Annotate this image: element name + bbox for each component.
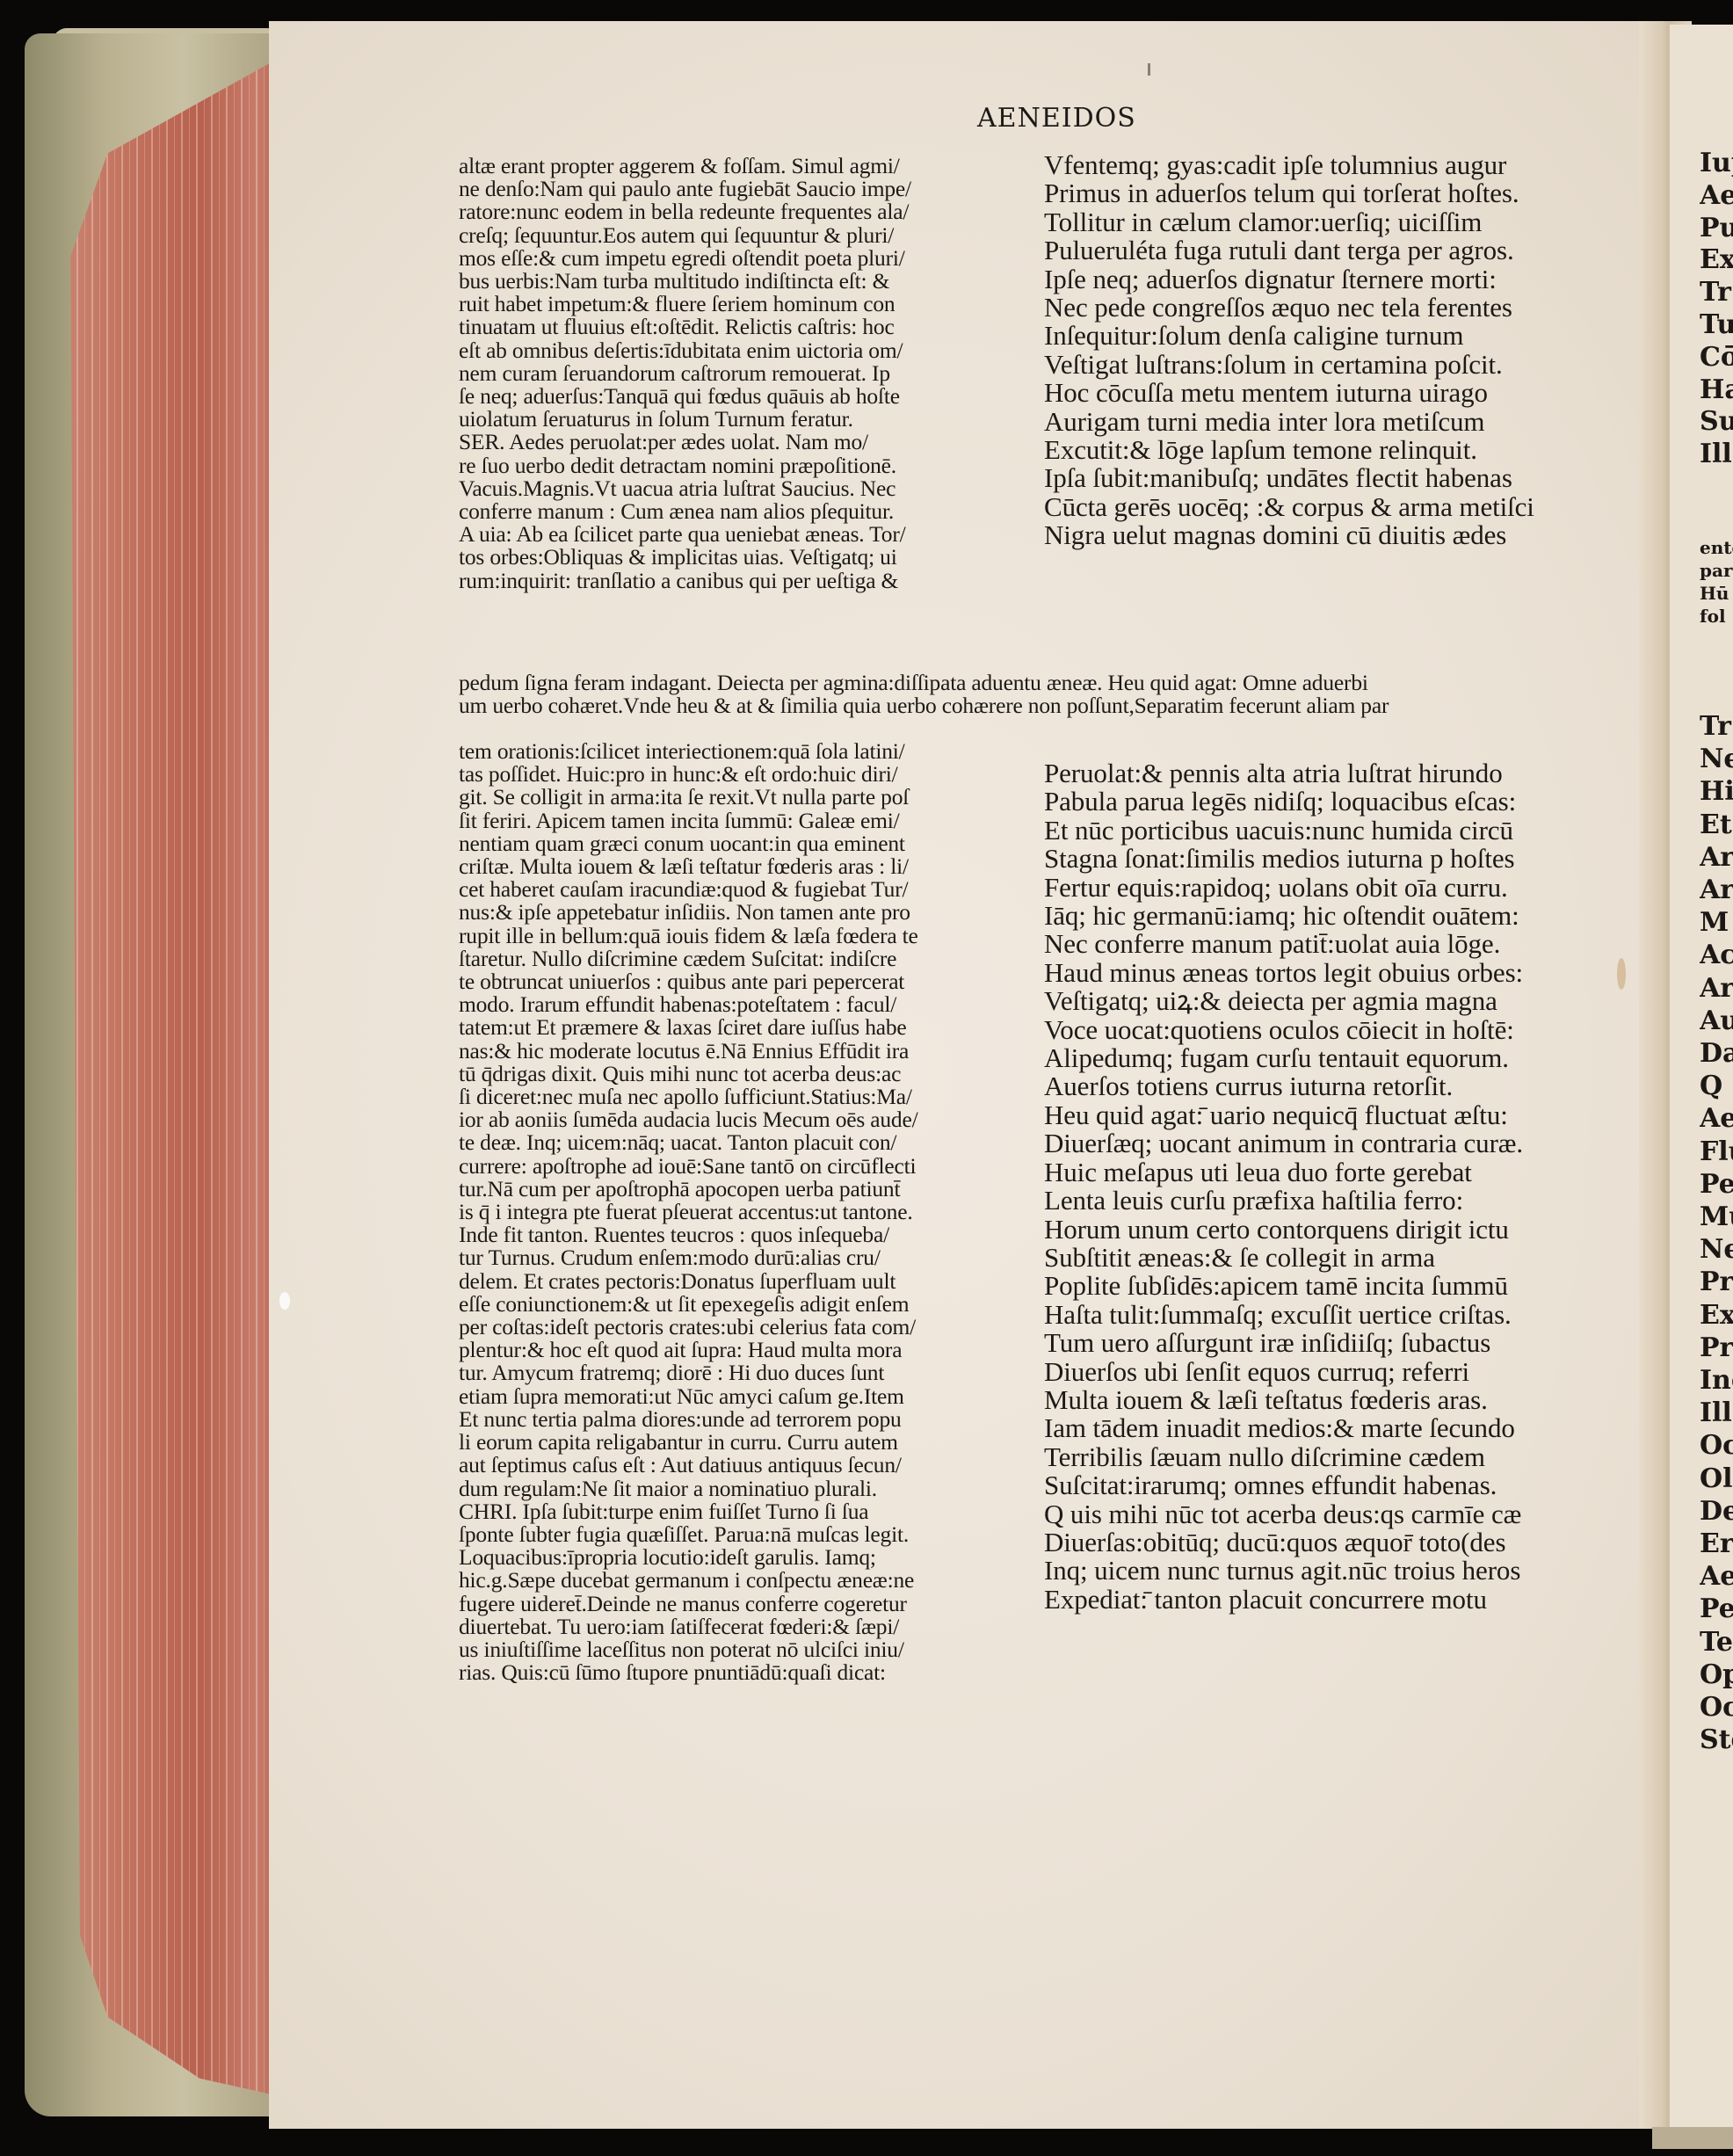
commentary-line: nentiam quam græci conum uocant:in qua e… bbox=[459, 832, 918, 855]
facing-line: Tr bbox=[1700, 277, 1733, 309]
commentary-line: tū q̄drigas dixit. Quis mihi nunc tot ac… bbox=[459, 1063, 918, 1085]
verse-line: Poplite ſubſidēs:apicem tamē incita ſumm… bbox=[1044, 1272, 1523, 1300]
commentary-line: altæ erant propter aggerem & foſſam. Sim… bbox=[459, 155, 911, 178]
verse-line: Inſequitur:ſolum denſa caligine turnum bbox=[1044, 322, 1534, 350]
commentary-line: cet haberet cauſam iracundiæ:quod & fugi… bbox=[459, 878, 918, 901]
verse-line: Primus in aduerſos telum qui torſerat ho… bbox=[1044, 179, 1534, 207]
signature-mark bbox=[1148, 63, 1150, 76]
commentary-line: tos orbes:Obliquas & implicitas uias. Ve… bbox=[459, 546, 911, 569]
commentary-line: ſe neq; aduerſus:Tanquā qui fœdus quāuis… bbox=[459, 385, 911, 408]
commentary-line: currere: apoſtrophe ad iouē:Sane tantō o… bbox=[459, 1155, 918, 1178]
facing-line: Hū bbox=[1700, 582, 1733, 605]
commentary-line: ſi diceret:nec muſa nec apollo ſufficiun… bbox=[459, 1085, 918, 1108]
facing-line: Ne bbox=[1700, 1233, 1733, 1266]
facing-line: Oc bbox=[1700, 1691, 1733, 1724]
commentary-line: git. Se colligit in arma:ita ſe rexit.Vt… bbox=[459, 786, 918, 809]
commentary-line: tur Turnus. Crudum enſem:modo durū:alias… bbox=[459, 1246, 918, 1269]
verse-line: Hoc cōcuſſa metu mentem iuturna uirago bbox=[1044, 379, 1534, 407]
commentary-line: Et nunc tertia palma diores:unde ad terr… bbox=[459, 1408, 918, 1431]
verse-line: Ipſa ſubit:manibuſq; undātes flectit hab… bbox=[1044, 464, 1534, 492]
verse-line: Alipedumq; fugam curſu tentauit equorum. bbox=[1044, 1044, 1523, 1072]
commentary-line: hic.g.Sæpe ducebat germanum i conſpectu … bbox=[459, 1569, 918, 1592]
verse-line: Auerſos totiens currus iuturna retorſit. bbox=[1044, 1072, 1523, 1100]
verse-line: Subſtitit æneas:& ſe collegit in arma bbox=[1044, 1244, 1523, 1272]
facing-line: Te bbox=[1700, 1626, 1733, 1659]
commentary-line: nas:& hic moderate locutus ē.Nā Ennius E… bbox=[459, 1040, 918, 1063]
commentary-line: ſtaretur. Nullo diſcrimine cædem Suſcita… bbox=[459, 947, 918, 970]
commentary-line: modo. Irarum effundit habenas:poteſtatem… bbox=[459, 993, 918, 1016]
facing-line: Ae bbox=[1700, 180, 1733, 213]
foxing-spot bbox=[279, 1292, 290, 1310]
facing-page-commentary-fragment: enteparHūfol bbox=[1700, 536, 1733, 628]
commentary-line: rias. Quis:cū ſūmo ſtupore pnuntiādū:qua… bbox=[459, 1661, 918, 1684]
verse-line: Peruolat:& pennis alta atria luſtrat hir… bbox=[1044, 759, 1523, 788]
commentary-line: eſt ab omnibus deſertis:īdubitata enim u… bbox=[459, 339, 911, 362]
facing-line: Tu bbox=[1700, 309, 1733, 342]
commentary-line: li eorum capita religabantur in curru. C… bbox=[459, 1431, 918, 1454]
commentary-line: ſponte ſubter fugia quæſiſſet. Parua:nā … bbox=[459, 1523, 918, 1546]
facing-line: Su bbox=[1700, 406, 1733, 439]
facing-line: Pu bbox=[1700, 213, 1733, 245]
commentary-line: tinuatam ut fluuius eſt:oſtēdit. Relicti… bbox=[459, 316, 911, 338]
commentary-line: nus:& ipſe appetebatur inſidiis. Non tam… bbox=[459, 901, 918, 924]
verse-line: Vfentemq; gyas:cadit ipſe tolumnius augu… bbox=[1044, 151, 1534, 179]
book-edge-bottom bbox=[1652, 2127, 1733, 2149]
facing-line: Ar bbox=[1700, 841, 1733, 874]
verse-line: Haud minus æneas tortos legit obuius orb… bbox=[1044, 959, 1523, 987]
facing-line: De bbox=[1700, 1495, 1733, 1528]
commentary-line: ior ab aoniis ſumēda audacia lucis Mecum… bbox=[459, 1108, 918, 1131]
verse-line: Tum uero aſſurgunt iræ inſidiiſq; ſubact… bbox=[1044, 1329, 1523, 1357]
facing-line: Ac bbox=[1700, 939, 1733, 971]
commentary-line: bus uerbis:Nam turba multitudo indiſtinc… bbox=[459, 270, 911, 293]
facing-line: Hi bbox=[1700, 775, 1733, 808]
facing-line: Ste bbox=[1700, 1724, 1733, 1756]
facing-line: ente bbox=[1700, 536, 1733, 559]
commentary-line: is q̄ i integra pte fuerat pſeuerat acce… bbox=[459, 1201, 918, 1223]
verse-line: Veſtigatq; uiꝝ:& deiecta per agmia magna bbox=[1044, 987, 1523, 1015]
facing-line: Au bbox=[1700, 1005, 1733, 1037]
commentary-line: fugere uideret̄.Deinde ne manus conferre… bbox=[459, 1593, 918, 1615]
verse-line: Nec pede congreſſos æquo nec tela ferent… bbox=[1044, 294, 1534, 322]
verse-line: Nigra uelut magnas domini cū diuitis æde… bbox=[1044, 521, 1534, 549]
commentary-line: ſit feriri. Apicem tamen incita ſummū: G… bbox=[459, 809, 918, 832]
running-head: AENEIDOS bbox=[977, 103, 1136, 134]
facing-line: Flu bbox=[1700, 1136, 1733, 1168]
facing-line: Ex bbox=[1700, 244, 1733, 277]
facing-line: fol bbox=[1700, 605, 1733, 628]
commentary-line: nem curam ſeruandorum caſtrorum remouera… bbox=[459, 362, 911, 385]
verse-line: Stagna ſonat:ſimilis medios iuturna p ho… bbox=[1044, 845, 1523, 873]
commentary-line: delem. Et crates pectoris:Donatus ſuperf… bbox=[459, 1270, 918, 1293]
verse-line: Fertur equis:rapidoq; uolans obit oīa cu… bbox=[1044, 874, 1523, 902]
commentary-line: te obtruncat uniuerſos : quibus ante par… bbox=[459, 970, 918, 993]
commentary-line: rum:inquirit: tranſlatio a canibus qui p… bbox=[459, 570, 911, 592]
verse-line: Huic meſapus uti leua duo forte gerebat bbox=[1044, 1158, 1523, 1187]
commentary-line: ruit habet impetum:& fluere ſeriem homin… bbox=[459, 293, 911, 316]
commentary-line: creſq; ſequuntur.Eos autem qui ſequuntur… bbox=[459, 224, 911, 247]
verse-line: Lenta leuis curſu præfixa haſtilia ferro… bbox=[1044, 1187, 1523, 1215]
verse-line: Suſcitat:irarumq; omnes effundit habenas… bbox=[1044, 1471, 1523, 1499]
foxing-spot bbox=[1617, 958, 1626, 990]
verse-line: Cūcta gerēs uocēq; :& corpus & arma meti… bbox=[1044, 493, 1534, 521]
facing-line: Ar bbox=[1700, 874, 1733, 906]
commentary-line: tur.Nā cum per apoſtrophā apocopen uerba… bbox=[459, 1178, 918, 1201]
facing-line: Pra bbox=[1700, 1266, 1733, 1298]
facing-line: Pr bbox=[1700, 1332, 1733, 1364]
verse-column-bottom: Peruolat:& pennis alta atria luſtrat hir… bbox=[1044, 759, 1523, 1614]
commentary-line: uiolatum ſeruaturus in ſolum Turnum fera… bbox=[459, 408, 911, 431]
verse-line: Et nūc porticibus uacuis:nunc humida cir… bbox=[1044, 817, 1523, 845]
commentary-line: rupit ille in bellum:quā iouis fidem & l… bbox=[459, 925, 918, 947]
commentary-line: diuertebat. Tu uero:iam ſatiſfecerat fœd… bbox=[459, 1615, 918, 1638]
facing-line: Ol bbox=[1700, 1463, 1733, 1495]
facing-line: Mu bbox=[1700, 1201, 1733, 1233]
verse-line: Diuerſos ubi ſenſit equos curruq; referr… bbox=[1044, 1358, 1523, 1386]
commentary-line: conferre manum : Cum ænea nam alios pſeq… bbox=[459, 500, 911, 523]
facing-line: M bbox=[1700, 906, 1733, 939]
commentary-line: Inde fit tanton. Ruentes teucros : quos … bbox=[459, 1223, 918, 1246]
commentary-line: A uia: Ab ea ſcilicet parte qua ueniebat… bbox=[459, 523, 911, 546]
verse-column-top: Vfentemq; gyas:cadit ipſe tolumnius augu… bbox=[1044, 151, 1534, 550]
verse-line: Expediat:̄ tanton placuit concurrere mot… bbox=[1044, 1586, 1523, 1614]
facing-line: Ille bbox=[1700, 1397, 1733, 1429]
verse-line: Horum unum certo contorquens dirigit ict… bbox=[1044, 1216, 1523, 1244]
commentary-line: eſſe coniunctionem:& ut ſit epexegeſis a… bbox=[459, 1293, 918, 1316]
facing-line: Ne bbox=[1700, 743, 1733, 775]
verse-line: Voce uocat:quotiens oculos cōiecit in ho… bbox=[1044, 1016, 1523, 1044]
facing-page-verse-initials-bottom: TrNeHiEtArArMAcArAuDaQAeFluPeMuNePraExPr… bbox=[1700, 710, 1733, 1757]
commentary-line: Loquacibus:īpropria locutio:ideſt garuli… bbox=[459, 1546, 918, 1569]
verse-line: Nec conferre manum patit̄:uolat auia lōg… bbox=[1044, 930, 1523, 958]
facing-line: Pe bbox=[1700, 1168, 1733, 1201]
commentary-full-width: pedum ſigna feram indagant. Deiecta per … bbox=[459, 671, 1389, 717]
verse-line: Multa iouem & læſi teſtatus fœderis aras… bbox=[1044, 1386, 1523, 1414]
verse-line: Ipſe neq; aduerſos dignatur ſternere mor… bbox=[1044, 265, 1534, 294]
facing-line: Er bbox=[1700, 1528, 1733, 1560]
commentary-line: etiam ſupra memorati:ut Nūc amyci caſum … bbox=[459, 1385, 918, 1408]
commentary-line: ne denſo:Nam qui paulo ante fugiebāt Sau… bbox=[459, 178, 911, 200]
commentary-line: um uerbo cohæret.Vnde heu & at & ſimilia… bbox=[459, 694, 1389, 717]
verse-line: Terribilis ſæuam nullo diſcrimine cædem bbox=[1044, 1443, 1523, 1471]
commentary-line: plentur:& hoc eſt quod ait ſupra: Haud m… bbox=[459, 1339, 918, 1361]
commentary-line: CHRI. Ipſa ſubit:turpe enim fuiſſet Turn… bbox=[459, 1500, 918, 1523]
commentary-line: tatem:ut Et præmere & laxas ſciret dare … bbox=[459, 1016, 918, 1039]
facing-page-verse-initials-top: IupAePuExTrTuCōHaSuIlle bbox=[1700, 148, 1733, 471]
verse-line: Pulueruléta fuga rutuli dant terga per a… bbox=[1044, 236, 1534, 265]
facing-line: Ae bbox=[1700, 1102, 1733, 1135]
facing-line: Ex bbox=[1700, 1299, 1733, 1332]
commentary-line: tem orationis:ſcilicet interiectionem:qu… bbox=[459, 740, 918, 763]
facing-line: Ille bbox=[1700, 439, 1733, 471]
facing-line: par bbox=[1700, 559, 1733, 582]
commentary-column-bottom: tem orationis:ſcilicet interiectionem:qu… bbox=[459, 740, 918, 1684]
verse-line: Iāq; hic germanū:iamq; hic oſtendit ouāt… bbox=[1044, 902, 1523, 930]
commentary-line: tur. Amycum fratremq; diorē : Hi duo duc… bbox=[459, 1361, 918, 1384]
verse-line: Haſta tulit:ſummaſq; excuſſit uertice cr… bbox=[1044, 1301, 1523, 1329]
facing-line: Inc bbox=[1700, 1364, 1733, 1397]
facing-line: Op bbox=[1700, 1659, 1733, 1691]
facing-line: Pe bbox=[1700, 1593, 1733, 1625]
facing-line: Da bbox=[1700, 1037, 1733, 1070]
commentary-line: te deæ. Inq; uicem:nāq; uacat. Tanton pl… bbox=[459, 1131, 918, 1154]
commentary-line: dum regulam:Ne ſit maior a nominatiuo pl… bbox=[459, 1477, 918, 1500]
facing-line: Tr bbox=[1700, 710, 1733, 743]
facing-line: Oc bbox=[1700, 1429, 1733, 1462]
facing-line: Iup bbox=[1700, 148, 1733, 180]
verse-line: Diuerſas:obitūq; ducū:quos æquor̄ toto(d… bbox=[1044, 1528, 1523, 1557]
commentary-line: SER. Aedes peruolat:per ædes uolat. Nam … bbox=[459, 431, 911, 454]
commentary-line: tas poſſidet. Huic:pro in hunc:& eſt ord… bbox=[459, 763, 918, 786]
verse-line: Excutit:& lōge lapſum temone relinquit. bbox=[1044, 436, 1534, 464]
verse-line: Iam tādem inuadit medios:& marte ſecundo bbox=[1044, 1414, 1523, 1442]
commentary-column-top: altæ erant propter aggerem & foſſam. Sim… bbox=[459, 155, 911, 592]
verse-line: Aurigam turni media inter lora metiſcum bbox=[1044, 408, 1534, 436]
commentary-line: re ſuo uerbo dedit detractam nomini præp… bbox=[459, 454, 911, 477]
verse-line: Q uis mihi nūc tot acerba deus:qs carmīe… bbox=[1044, 1500, 1523, 1528]
commentary-line: criſtæ. Multa iouem & læſi teſtatur fœde… bbox=[459, 855, 918, 878]
facing-line: Ae bbox=[1700, 1560, 1733, 1593]
verse-line: Pabula parua legēs nidiſq; loquacibus eſ… bbox=[1044, 788, 1523, 816]
facing-line: Et bbox=[1700, 809, 1733, 841]
commentary-line: per coſtas:ideſt pectoris crates:ubi cel… bbox=[459, 1316, 918, 1339]
verse-line: Tollitur in cælum clamor:uerſiq; uiciſſi… bbox=[1044, 208, 1534, 236]
facing-line: Ha bbox=[1700, 374, 1733, 407]
verse-line: Heu quid agat:̄ uario nequicq̄ fluctuat … bbox=[1044, 1101, 1523, 1129]
verse-line: Veſtigat luſtrans:ſolum in certamina poſ… bbox=[1044, 351, 1534, 379]
red-fore-edge bbox=[62, 51, 292, 2099]
commentary-line: Vacuis.Magnis.Vt uacua atria luſtrat Sau… bbox=[459, 477, 911, 500]
commentary-line: us iniuſtiſſime laceſſitus non poterat n… bbox=[459, 1638, 918, 1661]
facing-line: Q bbox=[1700, 1070, 1733, 1102]
commentary-line: aut ſeptimus caſus eſt : Aut datiuus ant… bbox=[459, 1454, 918, 1477]
facing-line: Ar bbox=[1700, 972, 1733, 1005]
commentary-line: ratore:nunc eodem in bella redeunte freq… bbox=[459, 200, 911, 223]
facing-line: Cō bbox=[1700, 342, 1733, 374]
verse-line: Inq; uicem nunc turnus agit.nūc troius h… bbox=[1044, 1557, 1523, 1585]
commentary-line: pedum ſigna feram indagant. Deiecta per … bbox=[459, 671, 1389, 694]
verse-line: Diuerſæq; uocant animum in contraria cur… bbox=[1044, 1129, 1523, 1158]
commentary-line: mos eſſe:& cum impetu egredi oſtendit po… bbox=[459, 247, 911, 270]
